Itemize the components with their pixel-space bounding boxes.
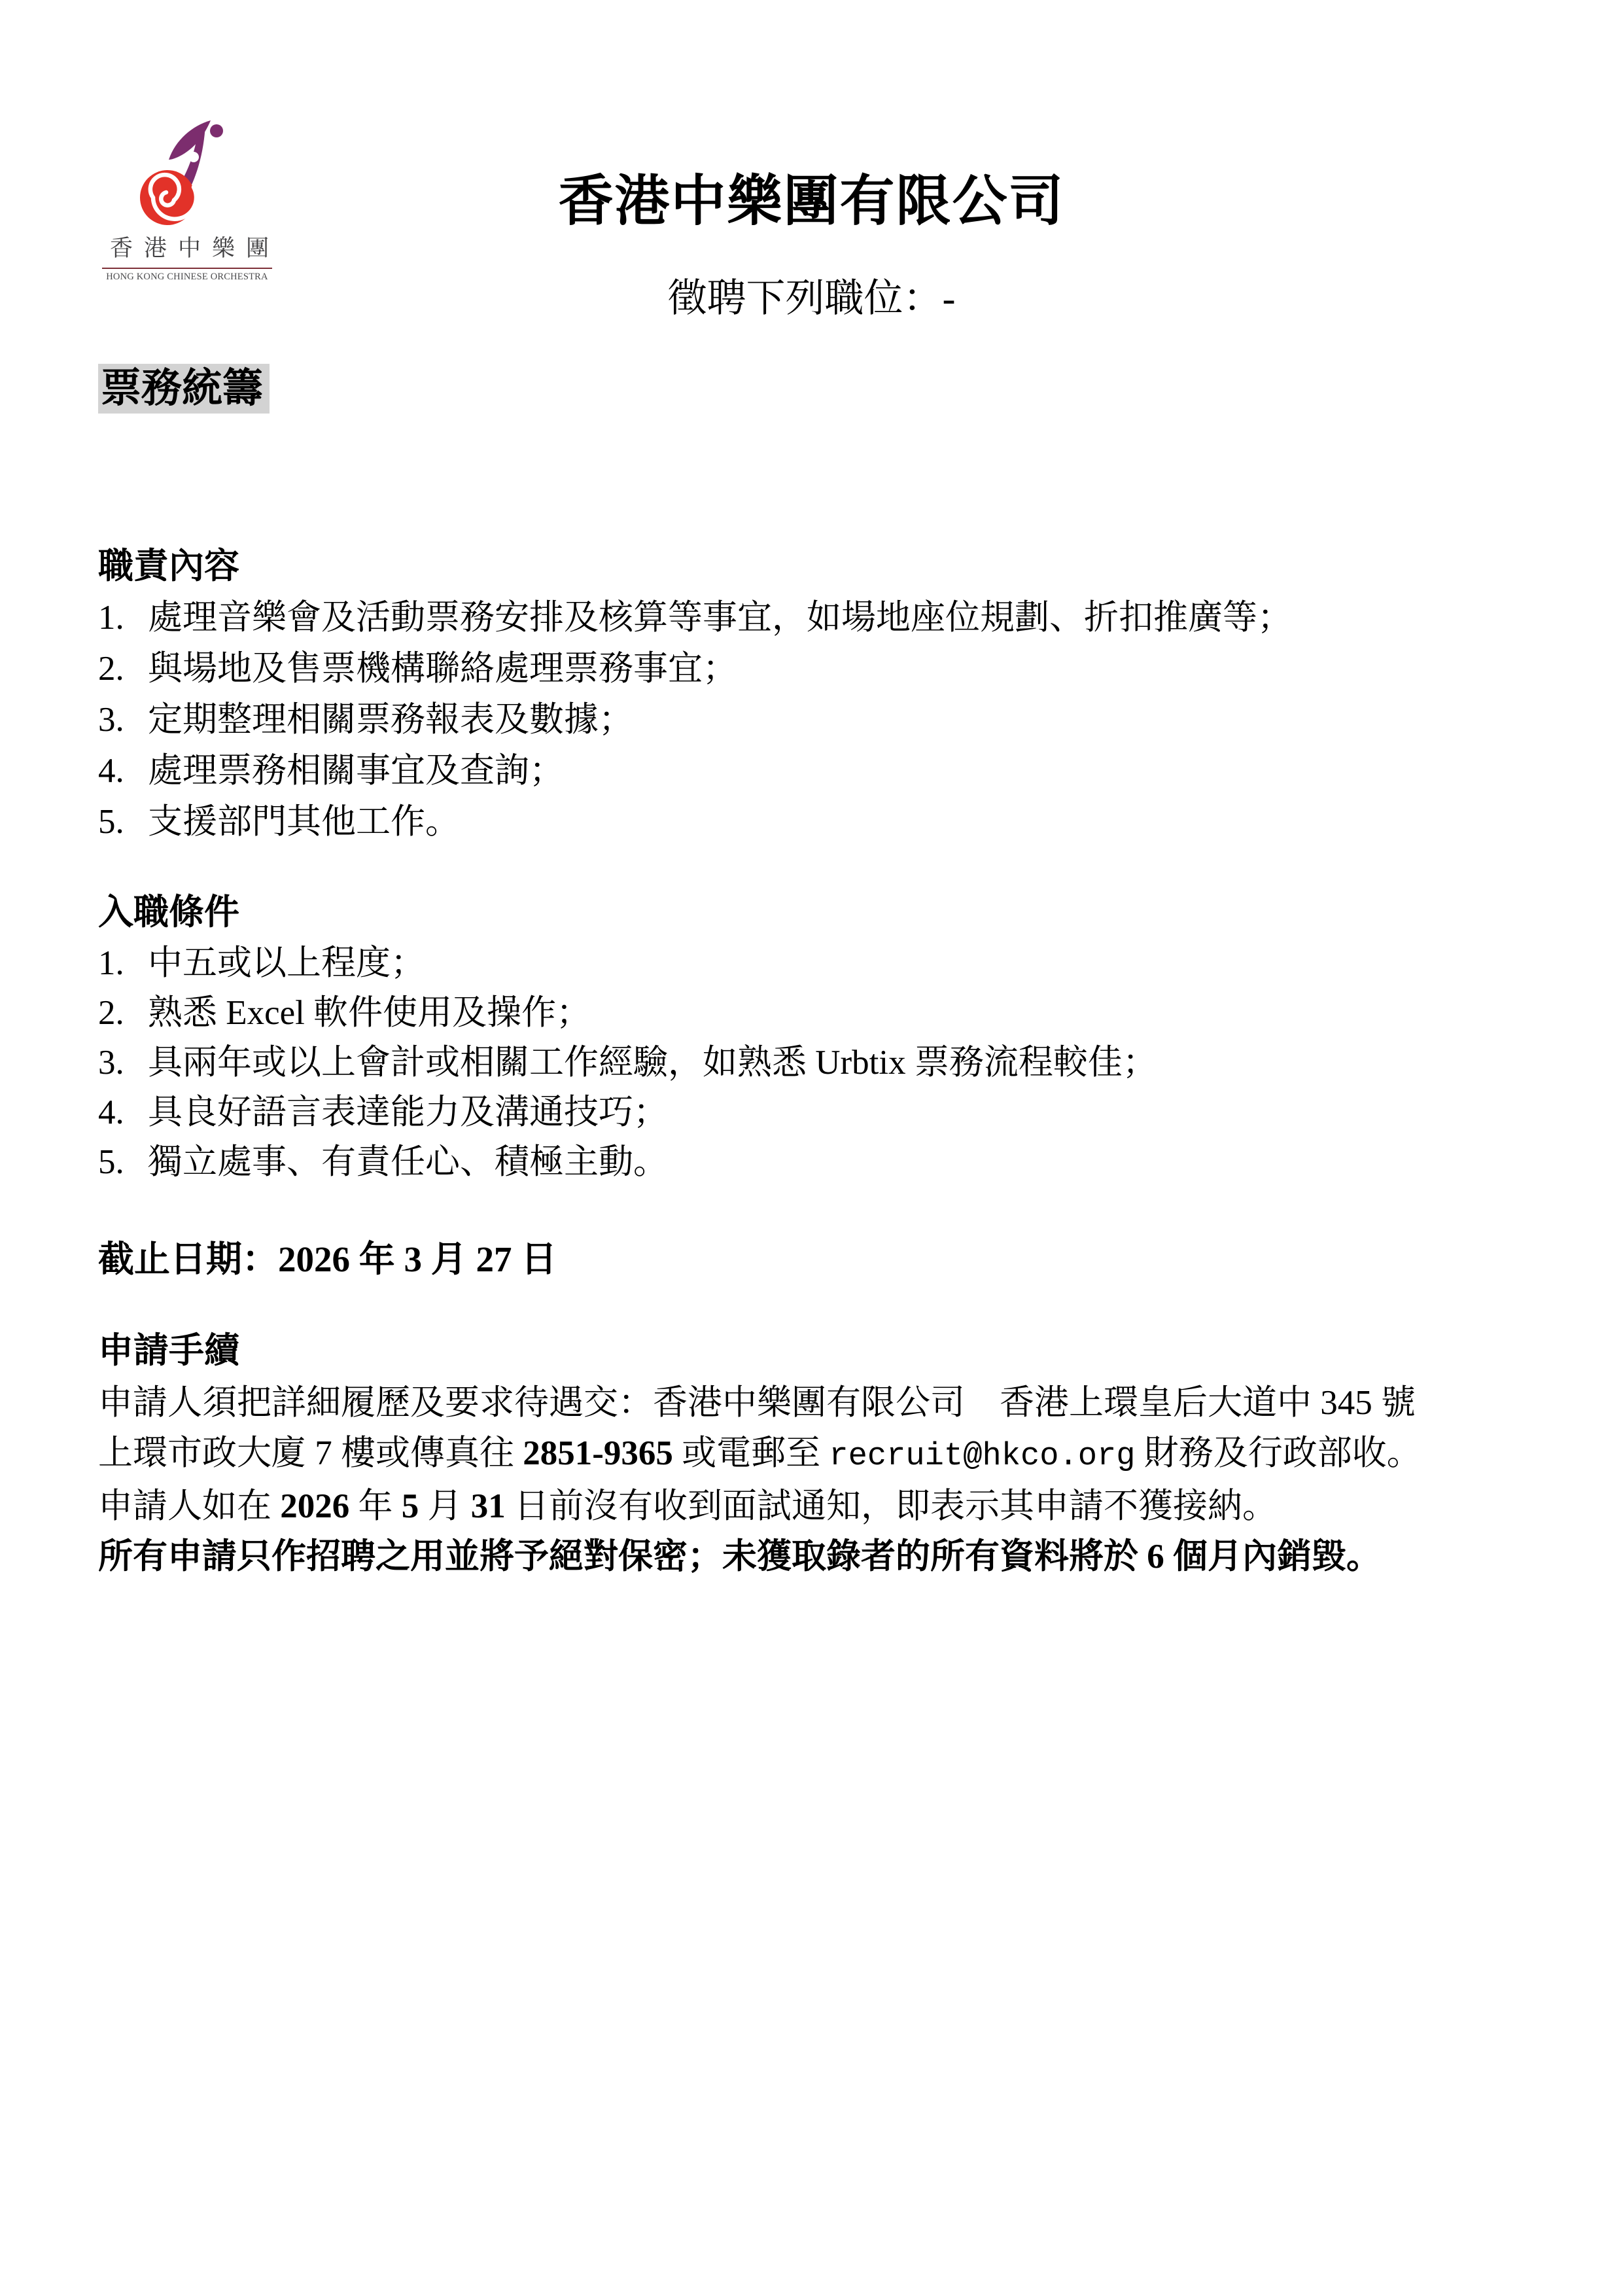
list-item: 2. 熟悉 Excel 軟件使用及操作； [98,988,1157,1038]
paragraph-text: 年 [349,1487,402,1525]
list-item-text: 定期整理相關票務報表及數據； [148,694,633,745]
list-item-text: 處理票務相關事宜及查詢； [148,745,564,796]
list-item-number: 5. [98,1137,148,1187]
company-title: 香港中樂團有限公司 [0,157,1623,236]
emphasized-number: 31 [471,1487,506,1525]
paragraph-text: 申請人如在 [98,1487,280,1525]
list-item: 4. 具良好語言表達能力及溝通技巧； [98,1087,1157,1137]
email-address: recruit@hkco.org [829,1438,1135,1474]
list-item-text: 中五或以上程度； [148,938,425,988]
requirements-heading: 入職條件 [98,891,1157,933]
list-item: 3. 具兩年或以上會計或相關工作經驗，如熟悉 Urbtix 票務流程較佳； [98,1038,1157,1087]
requirements-list: 1. 中五或以上程度； 2. 熟悉 Excel 軟件使用及操作； 3. 具兩年或… [98,938,1157,1187]
list-item-text: 具兩年或以上會計或相關工作經驗，如熟悉 Urbtix 票務流程較佳； [148,1038,1157,1087]
emphasized-number: 5 [402,1487,419,1525]
section-requirements: 入職條件 1. 中五或以上程度； 2. 熟悉 Excel 軟件使用及操作； 3.… [98,891,1157,1187]
list-item-number: 2. [98,643,148,694]
document-page: 香港中樂團 HONG KONG CHINESE ORCHESTRA 香港中樂團有… [0,0,1623,2296]
list-item-text: 熟悉 Excel 軟件使用及操作； [148,988,591,1038]
list-item: 5. 獨立處事、有責任心、積極主動。 [98,1137,1157,1187]
position-title: 票務統籌 [98,364,270,414]
application-line-2: 上環市政大廈 7 樓或傳真往 2851-9365 或電郵至 recruit@hk… [98,1428,1537,1481]
duties-list: 1. 處理音樂會及活動票務安排及核算等事宜，如場地座位規劃、折扣推廣等； 2. … [98,592,1292,847]
list-item-number: 1. [98,592,148,643]
list-item: 1. 中五或以上程度； [98,938,1157,988]
deadline-line: 截止日期：2026 年 3 月 27 日 [98,1230,557,1282]
list-item-number: 3. [98,1038,148,1087]
list-item-number: 3. [98,694,148,745]
list-item: 1. 處理音樂會及活動票務安排及核算等事宜，如場地座位規劃、折扣推廣等； [98,592,1292,643]
list-item: 5. 支援部門其他工作。 [98,796,1292,847]
list-item-text: 獨立處事、有責任心、積極主動。 [148,1137,668,1187]
list-item-number: 5. [98,796,148,847]
application-line-1: 申請人須把詳細履歷及要求待遇交：香港中樂團有限公司 香港上環皇后大道中 345 … [98,1378,1537,1428]
list-item-number: 4. [98,1087,148,1137]
list-item-number: 1. [98,938,148,988]
list-item-number: 4. [98,745,148,796]
duties-heading: 職責內容 [98,545,1292,587]
section-duties: 職責內容 1. 處理音樂會及活動票務安排及核算等事宜，如場地座位規劃、折扣推廣等… [98,545,1292,847]
paragraph-text: 財務及行政部收。 [1135,1434,1421,1472]
recruit-subtitle: 徵聘下列職位：- [0,267,1623,323]
list-item: 3. 定期整理相關票務報表及數據； [98,694,1292,745]
list-item: 4. 處理票務相關事宜及查詢； [98,745,1292,796]
confidentiality-note: 所有申請只作招聘之用並將予絕對保密；未獲取錄者的所有資料將於 6 個月內銷毀。 [98,1532,1537,1582]
list-item-text: 支援部門其他工作。 [148,796,460,847]
logo-figure-head [210,124,223,137]
section-application: 申請手續 申請人須把詳細履歷及要求待遇交：香港中樂團有限公司 香港上環皇后大道中… [98,1330,1537,1582]
paragraph-text: 申請人須把詳細履歷及要求待遇交：香港中樂團有限公司 香港上環皇后大道中 345 … [98,1384,1416,1422]
position-title-row: 票務統籌 [98,364,270,414]
list-item-text: 處理音樂會及活動票務安排及核算等事宜，如場地座位規劃、折扣推廣等； [148,592,1292,643]
list-item-text: 與場地及售票機構聯絡處理票務事宜； [148,643,737,694]
paragraph-text: 上環市政大廈 7 樓或傳真往 [98,1434,523,1472]
paragraph-text: 或電郵至 [673,1434,829,1472]
list-item: 2. 與場地及售票機構聯絡處理票務事宜； [98,643,1292,694]
paragraph-text: 日前沒有收到面試通知，即表示其申請不獲接納。 [506,1487,1277,1525]
paragraph-text: 月 [419,1487,471,1525]
application-heading: 申請手續 [98,1330,1537,1371]
list-item-text: 具良好語言表達能力及溝通技巧； [148,1087,668,1137]
emphasized-number: 2851-9365 [523,1434,673,1472]
list-item-number: 2. [98,988,148,1038]
emphasized-number: 2026 [280,1487,349,1525]
application-line-3: 申請人如在 2026 年 5 月 31 日前沒有收到面試通知，即表示其申請不獲接… [98,1481,1537,1532]
